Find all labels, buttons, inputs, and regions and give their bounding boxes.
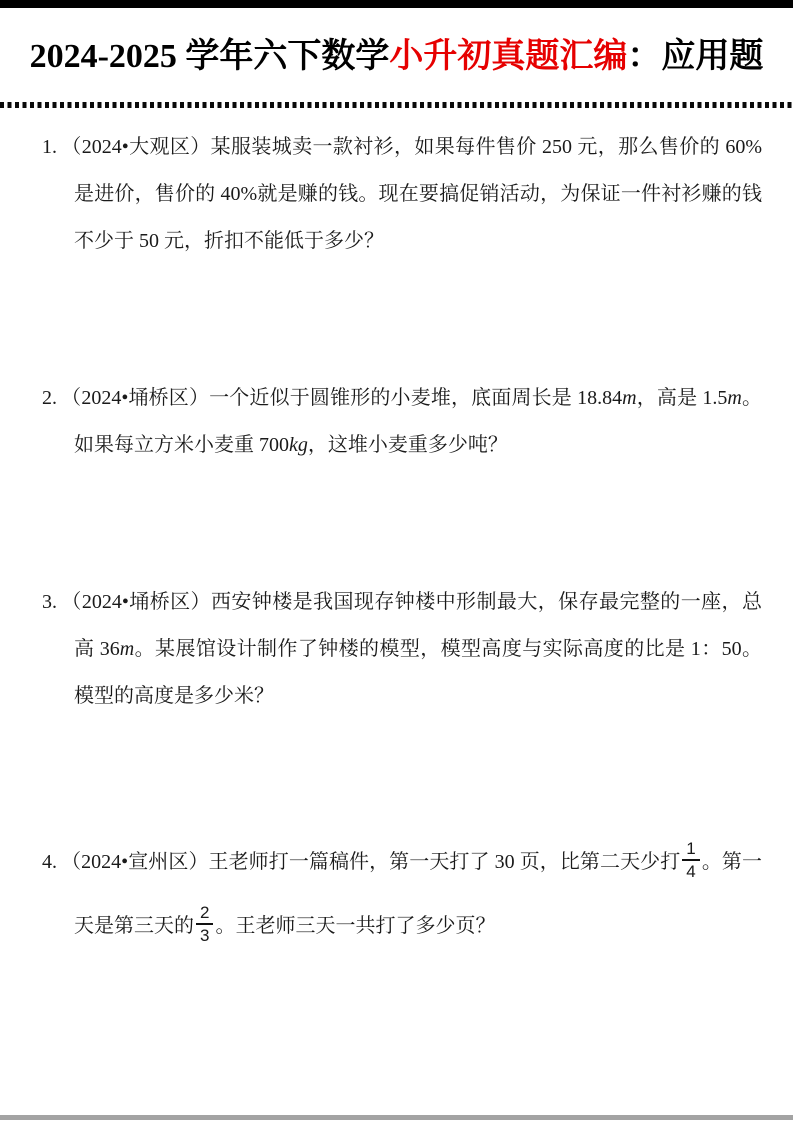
page-bottom-border [0, 1115, 793, 1120]
question-item: 4.（2024•宣州区）王老师打一篇稿件，第一天打了 30 页，比第二天少打14… [42, 830, 762, 958]
question-text: （2024•宣州区）王老师打一篇稿件，第一天打了 30 页，比第二天少打14。第… [61, 851, 762, 937]
fraction: 14 [682, 839, 699, 882]
fraction-denominator: 3 [196, 923, 213, 946]
unit-text: m [727, 387, 741, 409]
unit-text: kg [289, 434, 308, 456]
question-text: （2024•埇桥区）西安钟楼是我国现存钟楼中形制最大，保存最完整的一座，总高 3… [61, 591, 762, 707]
question-item: 1.（2024•大观区）某服装城卖一款衬衫，如果每件售价 250 元，那么售价的… [42, 124, 762, 265]
fraction-numerator: 2 [196, 903, 213, 924]
fraction-denominator: 4 [682, 859, 699, 882]
question-text-segment: ，这堆小麦重多少吨？ [308, 434, 508, 456]
fraction: 23 [196, 903, 213, 946]
question-text: （2024•大观区）某服装城卖一款衬衫，如果每件售价 250 元，那么售价的 6… [61, 136, 762, 252]
title-text-right: ：应用题 [627, 38, 763, 75]
question-text-segment: （2024•大观区）某服装城卖一款衬衫，如果每件售价 250 元，那么售价的 6… [61, 136, 762, 252]
question-text-segment: ，高是 1.5 [637, 387, 728, 409]
question-number: 2. [42, 387, 57, 409]
title-text-red: 小升初真题汇编 [389, 38, 627, 75]
title-text-left: 2024-2025 学年六下数学 [30, 38, 390, 75]
question-text-segment: 。王老师三天一共打了多少页？ [215, 915, 495, 937]
question-number: 1. [42, 136, 57, 158]
question-number: 3. [42, 591, 57, 613]
question-number: 4. [42, 851, 57, 873]
page-title: 2024-2025 学年六下数学小升初真题汇编：应用题 [10, 34, 783, 80]
question-text-segment: 。某展馆设计制作了钟楼的模型，模型高度与实际高度的比是 1：50。模型的高度是多… [74, 638, 762, 707]
question-list: 1.（2024•大观区）某服装城卖一款衬衫，如果每件售价 250 元，那么售价的… [0, 124, 793, 958]
unit-text: m [120, 638, 134, 660]
dotted-divider [0, 102, 793, 108]
fraction-numerator: 1 [682, 839, 699, 860]
page-top-border [0, 0, 793, 8]
worksheet-page: 2024-2025 学年六下数学小升初真题汇编：应用题 1.（2024•大观区）… [0, 0, 793, 1122]
question-item: 3.（2024•埇桥区）西安钟楼是我国现存钟楼中形制最大，保存最完整的一座，总高… [42, 579, 762, 720]
unit-text: m [622, 387, 636, 409]
question-text-segment: （2024•埇桥区）一个近似于圆锥形的小麦堆，底面周长是 18.84 [61, 387, 622, 409]
question-item: 2.（2024•埇桥区）一个近似于圆锥形的小麦堆，底面周长是 18.84m，高是… [42, 375, 762, 469]
question-text: （2024•埇桥区）一个近似于圆锥形的小麦堆，底面周长是 18.84m，高是 1… [61, 387, 762, 456]
question-text-segment: （2024•宣州区）王老师打一篇稿件，第一天打了 30 页，比第二天少打 [61, 851, 680, 873]
